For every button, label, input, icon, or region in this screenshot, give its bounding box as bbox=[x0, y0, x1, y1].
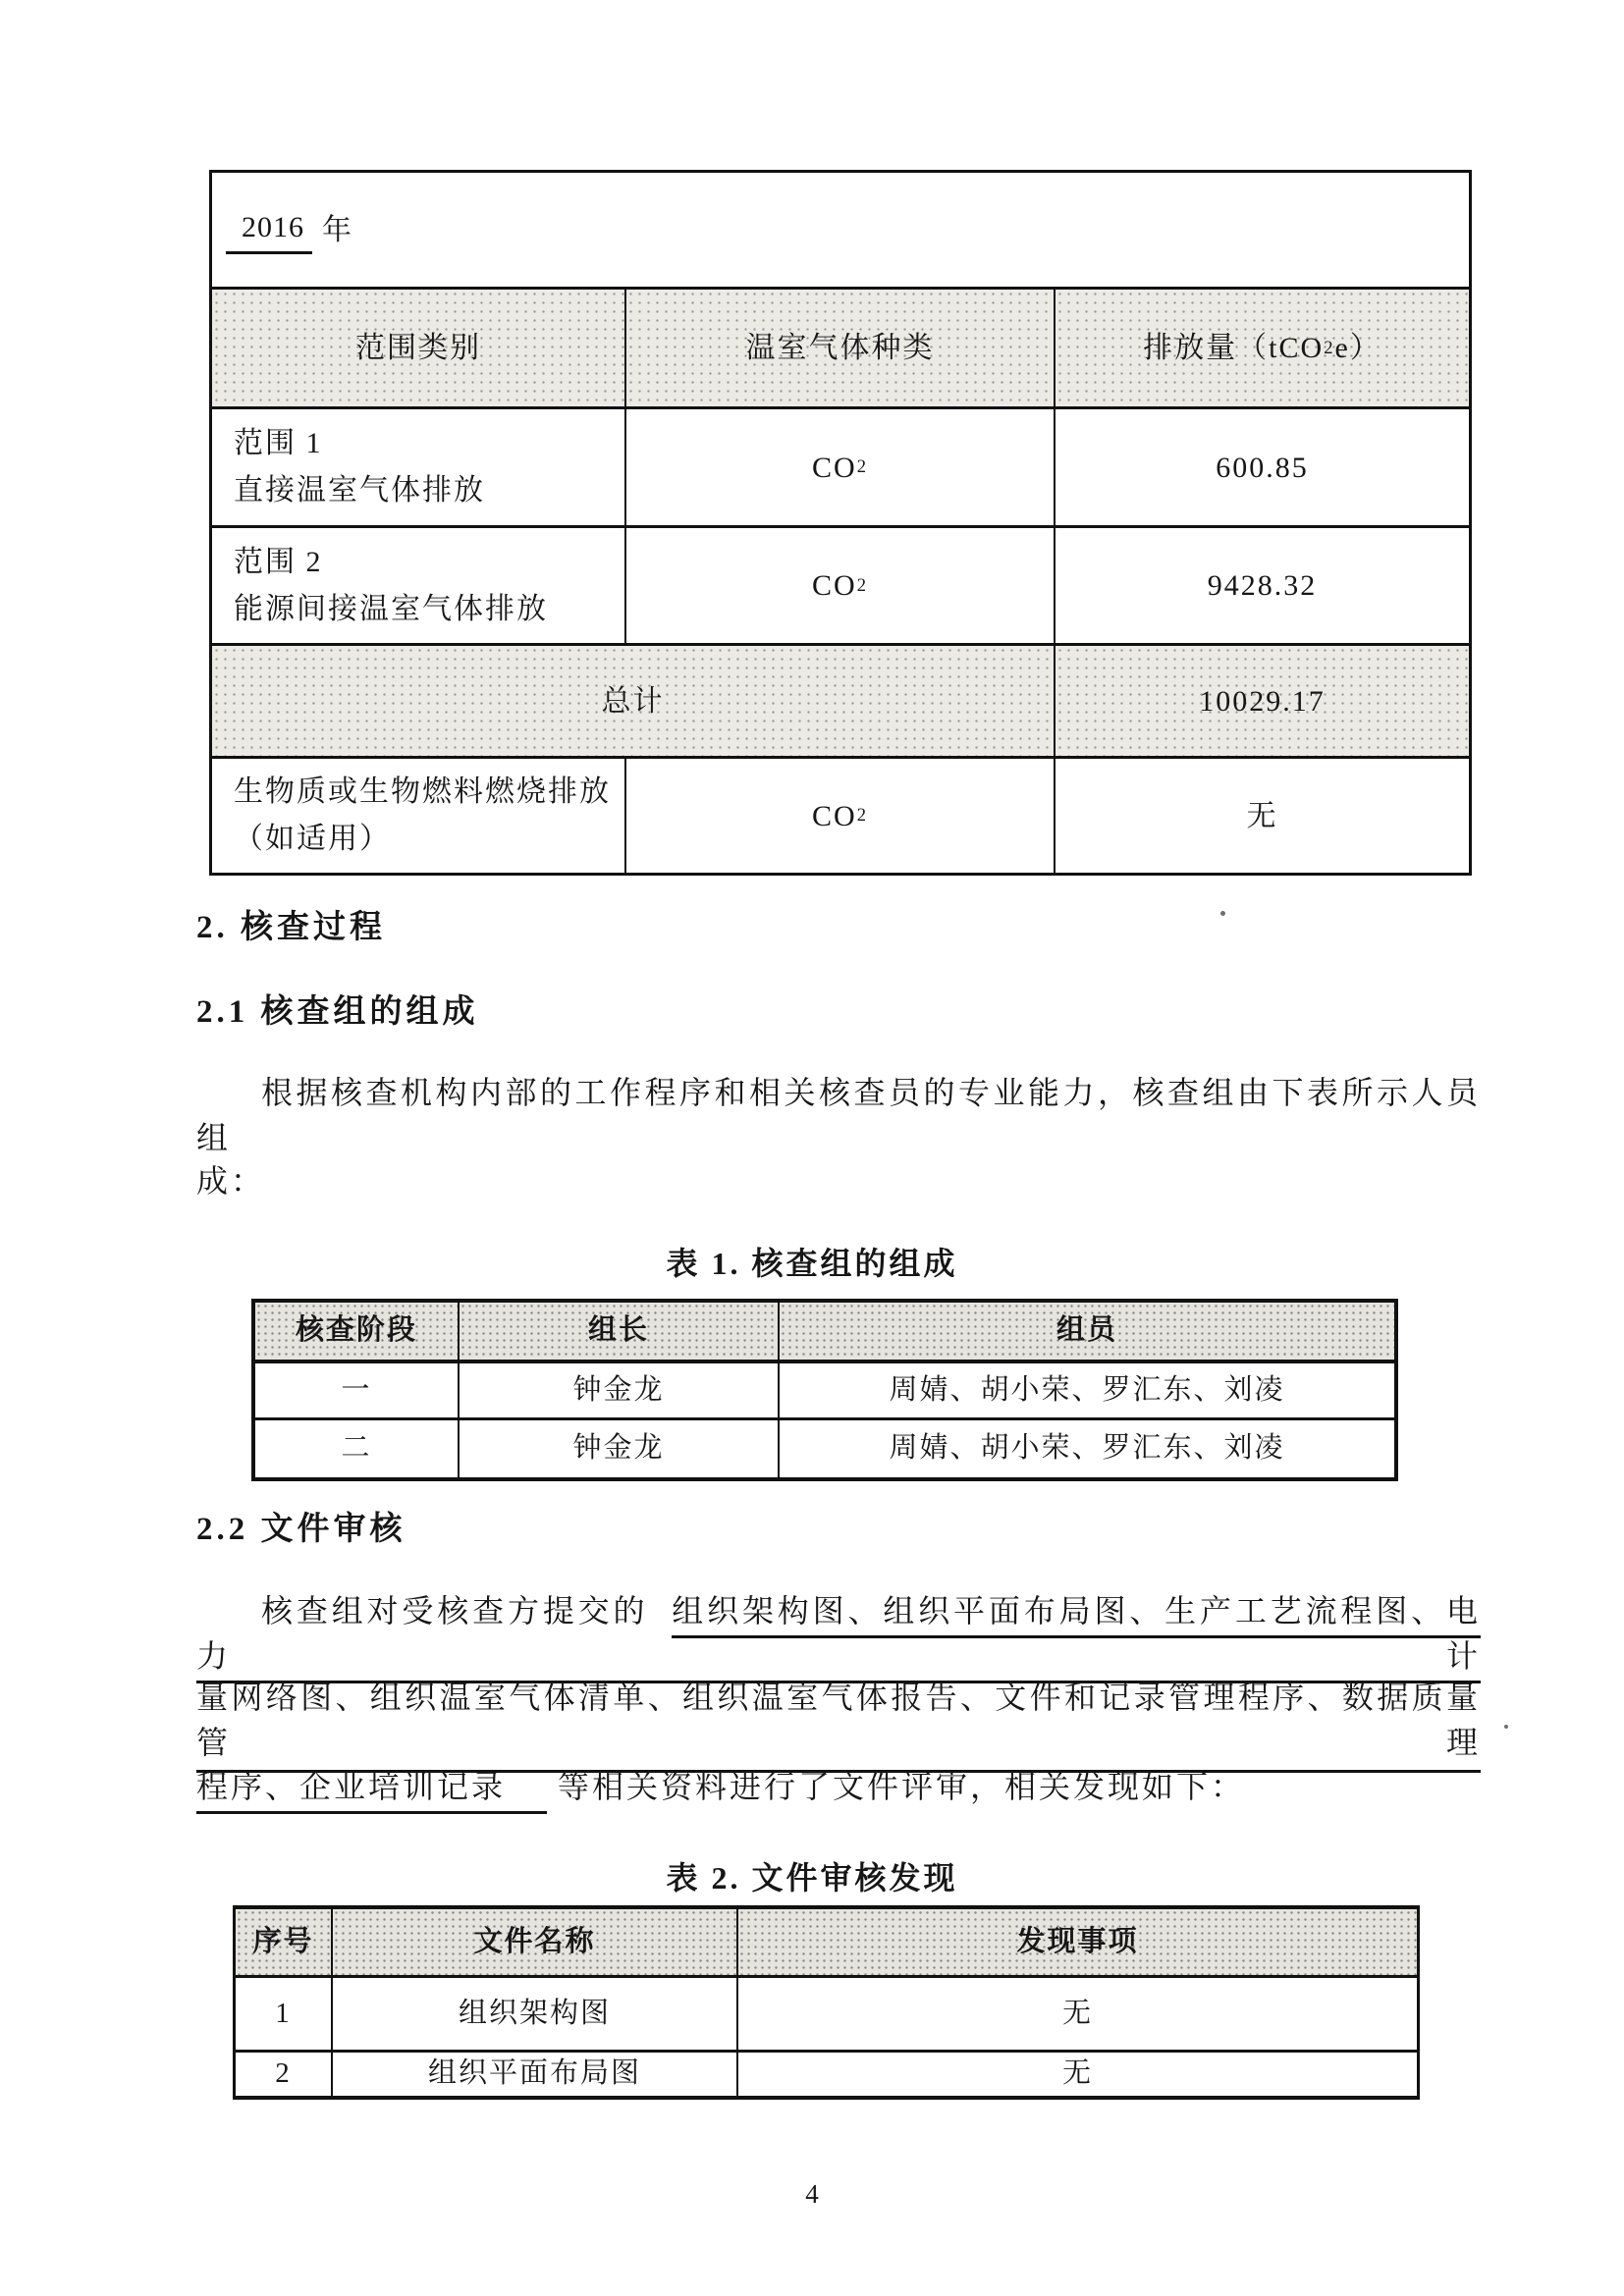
table2-row1-docname: 组织架构图 bbox=[331, 1978, 736, 2053]
table2-header-finding: 发现事项 bbox=[736, 1909, 1417, 1978]
year-suffix: 年 bbox=[322, 208, 353, 252]
table1-row2-stage: 二 bbox=[255, 1420, 458, 1477]
table1-title: 表 1. 核查组的组成 bbox=[0, 1239, 1624, 1284]
section2-heading: 2. 核查过程 bbox=[196, 901, 386, 947]
biomass-gas: CO2 bbox=[624, 756, 1054, 873]
year-cell: 2016 年 bbox=[212, 173, 1469, 287]
year-value: 2016 bbox=[226, 205, 312, 254]
line3-normal-text: 等相关资料进行了文件评审，相关发现如下： bbox=[558, 1769, 1245, 1804]
document-page: 2016 年 范围类别 温室气体种类 排放量（tCO2e） 范围 1 直接温室气… bbox=[0, 0, 1624, 2296]
table1-row2-leader: 钟金龙 bbox=[458, 1420, 778, 1477]
section22-heading: 2.2 文件审核 bbox=[196, 1503, 406, 1549]
biomass-label: 生物质或生物燃料燃烧排放 （如适用） bbox=[212, 756, 624, 873]
total-value: 10029.17 bbox=[1054, 643, 1469, 756]
section21-paragraph-line2: 成： bbox=[196, 1156, 1481, 1201]
table2-row1-finding: 无 bbox=[736, 1978, 1417, 2053]
header-ghg-type: 温室气体种类 bbox=[624, 287, 1054, 406]
header-scope-category: 范围类别 bbox=[212, 287, 624, 406]
scope2-gas: CO2 bbox=[624, 525, 1054, 643]
emissions-summary-table: 2016 年 范围类别 温室气体种类 排放量（tCO2e） 范围 1 直接温室气… bbox=[209, 170, 1472, 876]
table1-row1-stage: 一 bbox=[255, 1363, 458, 1420]
table2-row1-no: 1 bbox=[236, 1978, 331, 2053]
table1-row2-members: 周婧、胡小荣、罗汇东、刘凌 bbox=[778, 1420, 1394, 1477]
section21-paragraph-line1: 根据核查机构内部的工作程序和相关核查员的专业能力，核查组由下表所示人员组 bbox=[196, 1068, 1481, 1158]
table1-header-stage: 核查阶段 bbox=[255, 1303, 458, 1363]
document-review-table: 序号 文件名称 发现事项 1 组织架构图 无 2 组织平面布局图 无 bbox=[233, 1905, 1420, 2100]
table2-row2-finding: 无 bbox=[736, 2053, 1417, 2096]
verification-team-table: 核查阶段 组长 组员 一 钟金龙 周婧、胡小荣、罗汇东、刘凌 二 钟金龙 周婧、… bbox=[251, 1299, 1398, 1481]
total-label: 总计 bbox=[212, 643, 1054, 756]
section22-paragraph-line3: 程序、企业培训记录 等相关资料进行了文件评审，相关发现如下： bbox=[196, 1762, 1481, 1807]
scope1-label: 范围 1 直接温室气体排放 bbox=[212, 406, 624, 525]
line3-underlined-text: 程序、企业培训记录 bbox=[196, 1769, 547, 1814]
table2-header-no: 序号 bbox=[236, 1909, 331, 1978]
section21-heading: 2.1 核查组的组成 bbox=[196, 986, 479, 1032]
table1-row1-members: 周婧、胡小荣、罗汇东、刘凌 bbox=[778, 1363, 1394, 1420]
scan-speck bbox=[1504, 1725, 1508, 1729]
biomass-value: 无 bbox=[1054, 756, 1469, 873]
table2-row2-docname: 组织平面布局图 bbox=[331, 2053, 736, 2096]
scan-speck bbox=[1220, 911, 1225, 916]
table1-row1-leader: 钟金龙 bbox=[458, 1363, 778, 1420]
table2-title: 表 2. 文件审核发现 bbox=[0, 1853, 1624, 1898]
header-emission-amount: 排放量（tCO2e） bbox=[1054, 287, 1469, 406]
table2-row2-no: 2 bbox=[236, 2053, 331, 2096]
section22-paragraph-line1: 核查组对受核查方提交的 组织架构图、组织平面布局图、生产工艺流程图、电力计 bbox=[196, 1586, 1481, 1677]
scope1-amount: 600.85 bbox=[1054, 406, 1469, 525]
table2-header-docname: 文件名称 bbox=[331, 1909, 736, 1978]
section22-paragraph-line2: 量网络图、组织温室气体清单、组织温室气体报告、文件和记录管理程序、数据质量管理 bbox=[196, 1673, 1481, 1773]
scope2-label: 范围 2 能源间接温室气体排放 bbox=[212, 525, 624, 643]
scope2-amount: 9428.32 bbox=[1054, 525, 1469, 643]
line1-normal-text: 核查组对受核查方提交的 bbox=[196, 1593, 648, 1629]
table1-header-members: 组员 bbox=[778, 1303, 1394, 1363]
table1-header-leader: 组长 bbox=[458, 1303, 778, 1363]
scope1-gas: CO2 bbox=[624, 406, 1054, 525]
page-number: 4 bbox=[0, 2179, 1624, 2210]
